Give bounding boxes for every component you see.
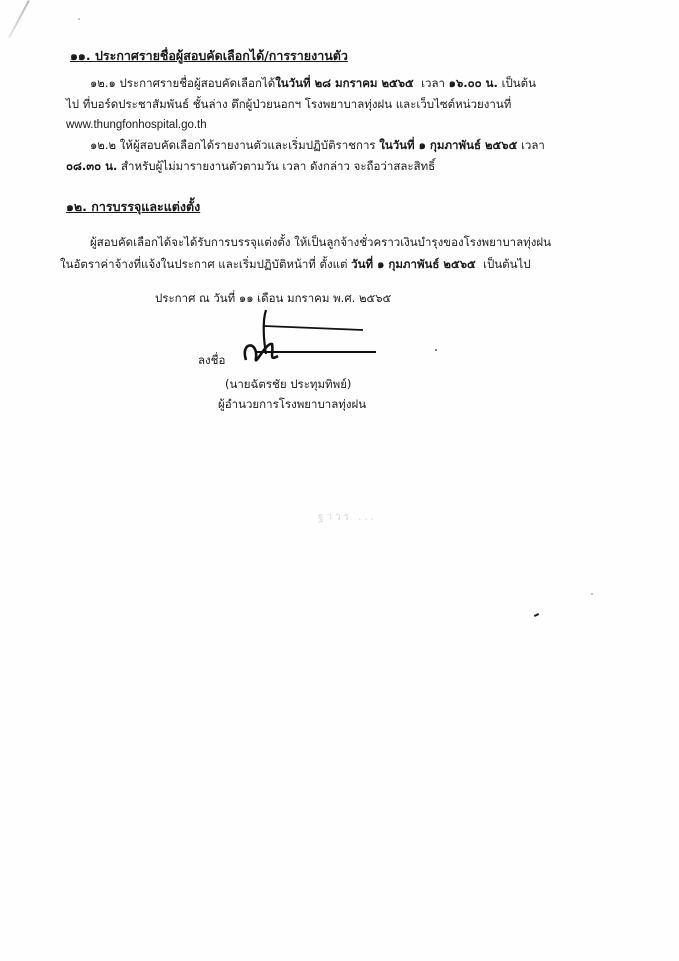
announce-time: ๑๖.๐๐ น. bbox=[449, 76, 498, 90]
scan-artifact-dot bbox=[534, 613, 539, 617]
item-text: ประกาศรายชื่อผู้สอบคัดเลือกได้ bbox=[120, 76, 276, 90]
section-11-item-1-line-1: ๑๒.๑ ประกาศรายชื่อผู้สอบคัดเลือกได้ในวัน… bbox=[90, 75, 536, 91]
document-page: ๑๑. ประกาศรายชื่อผู้สอบคัดเลือกได้/การรา… bbox=[0, 0, 679, 961]
signature-mark bbox=[238, 302, 378, 374]
line-text-tail: เป็นต้นไป bbox=[483, 257, 531, 271]
section-12-heading: ๑๒. การบรรจุและแต่งตั้ง bbox=[66, 197, 200, 217]
faint-bleed-through-text: ฐาวร ... bbox=[318, 510, 377, 525]
start-date: วันที่ ๑ กุมภาพันธ์ ๒๕๖๕ bbox=[351, 257, 476, 271]
scan-speck bbox=[435, 349, 437, 351]
scan-speck bbox=[78, 18, 80, 20]
signer-name: (นายฉัตรชัย ประทุมทิพย์) bbox=[225, 376, 351, 394]
announce-date: ในวันที่ ๒๘ มกราคม ๒๕๖๕ bbox=[275, 76, 414, 90]
hospital-website-url: www.thungfonhospital.go.th bbox=[66, 117, 207, 133]
section-11-item-2-line-2: ๐๘.๓๐ น. สำหรับผู้ไม่มารายงานตัวตามวัน เ… bbox=[66, 158, 435, 174]
item-text-tail: เป็นต้น bbox=[502, 76, 536, 90]
signer-title: ผู้อำนวยการโรงพยาบาลทุ่งฝน bbox=[218, 396, 366, 414]
item-text: ให้ผู้สอบคัดเลือกได้รายงานตัวและเริ่มปฏิ… bbox=[120, 138, 376, 152]
time-label: เวลา bbox=[521, 138, 545, 152]
scan-speck bbox=[591, 593, 593, 595]
section-11-item-2-line-1: ๑๒.๒ ให้ผู้สอบคัดเลือกได้รายงานตัวและเริ… bbox=[90, 137, 545, 153]
section-11-heading: ๑๑. ประกาศรายชื่อผู้สอบคัดเลือกได้/การรา… bbox=[70, 46, 348, 66]
time-label: เวลา bbox=[421, 76, 445, 90]
item-number: ๑๒.๑ bbox=[90, 76, 116, 90]
line-text: ในอัตราค่าจ้างที่แจ้งในประกาศ และเริ่มปฏ… bbox=[60, 257, 348, 271]
section-12-line-1: ผู้สอบคัดเลือกได้จะได้รับการบรรจุแต่งตั้… bbox=[90, 234, 551, 250]
item-text: สำหรับผู้ไม่มารายงานตัวตามวัน เวลา ดังกล… bbox=[121, 159, 435, 173]
sign-label: ลงชื่อ bbox=[198, 352, 225, 370]
section-11-item-1-line-2: ไป ที่บอร์ดประชาสัมพันธ์ ชั้นล่าง ตึกผู้… bbox=[66, 96, 511, 112]
item-number: ๑๒.๒ bbox=[90, 138, 116, 152]
report-time: ๐๘.๓๐ น. bbox=[66, 159, 117, 173]
report-date: ในวันที่ ๑ กุมภาพันธ์ ๒๕๖๕ bbox=[379, 138, 517, 152]
scan-artifact-line bbox=[8, 0, 29, 38]
section-12-line-2: ในอัตราค่าจ้างที่แจ้งในประกาศ และเริ่มปฏ… bbox=[60, 256, 531, 272]
